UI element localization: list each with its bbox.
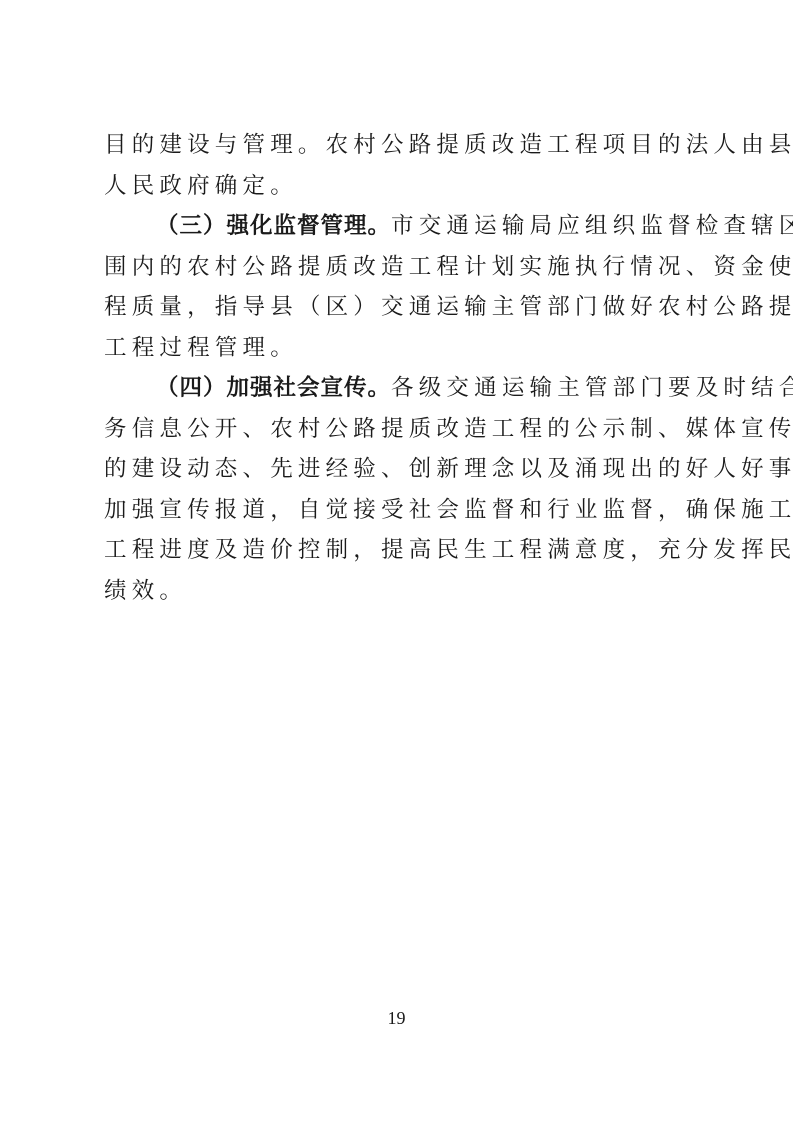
text-line: 工程进度及造价控制，提高民生工程满意度，充分发挥民生工程 [104,530,694,571]
text-line: 的建设动态、先进经验、创新理念以及涌现出的好人好事等事迹 [104,449,694,490]
text-line: 加强宣传报道，自觉接受社会监督和行业监督，确保施工质量、 [104,490,694,531]
paragraph-strengthen-supervision: （三）强化监督管理。市交通运输局应组织监督检查辖区范 围内的农村公路提质改造工程… [104,206,694,368]
text-line: 工程过程管理。 [104,328,694,369]
section-heading: （三）强化监督管理。 [156,213,391,239]
paragraph-social-publicity: （四）加强社会宣传。各级交通运输主管部门要及时结合政 务信息公开、农村公路提质改… [104,368,694,611]
document-body: 目的建设与管理。农村公路提质改造工程项目的法人由县（区） 人民政府确定。 （三）… [104,125,694,611]
text-line: 人民政府确定。 [104,166,694,207]
paragraph-project-legal-person: 目的建设与管理。农村公路提质改造工程项目的法人由县（区） 人民政府确定。 [104,125,694,206]
text-run: 各级交通运输主管部门要及时结合政 [391,375,793,401]
text-line: 目的建设与管理。农村公路提质改造工程项目的法人由县（区） [104,125,694,166]
text-line: 绩效。 [104,571,694,612]
document-page: 目的建设与管理。农村公路提质改造工程项目的法人由县（区） 人民政府确定。 （三）… [0,0,793,1122]
text-line: 围内的农村公路提质改造工程计划实施执行情况、资金使用和工 [104,247,694,288]
page-number: 19 [0,1008,793,1029]
section-heading: （四）加强社会宣传。 [156,375,391,401]
text-run: 市交通运输局应组织监督检查辖区范 [391,213,793,239]
text-line: （三）强化监督管理。市交通运输局应组织监督检查辖区范 [104,206,694,247]
text-line: 务信息公开、农村公路提质改造工程的公示制、媒体宣传对工程 [104,409,694,450]
text-line: （四）加强社会宣传。各级交通运输主管部门要及时结合政 [104,368,694,409]
text-line: 程质量，指导县（区）交通运输主管部门做好农村公路提质改造 [104,287,694,328]
